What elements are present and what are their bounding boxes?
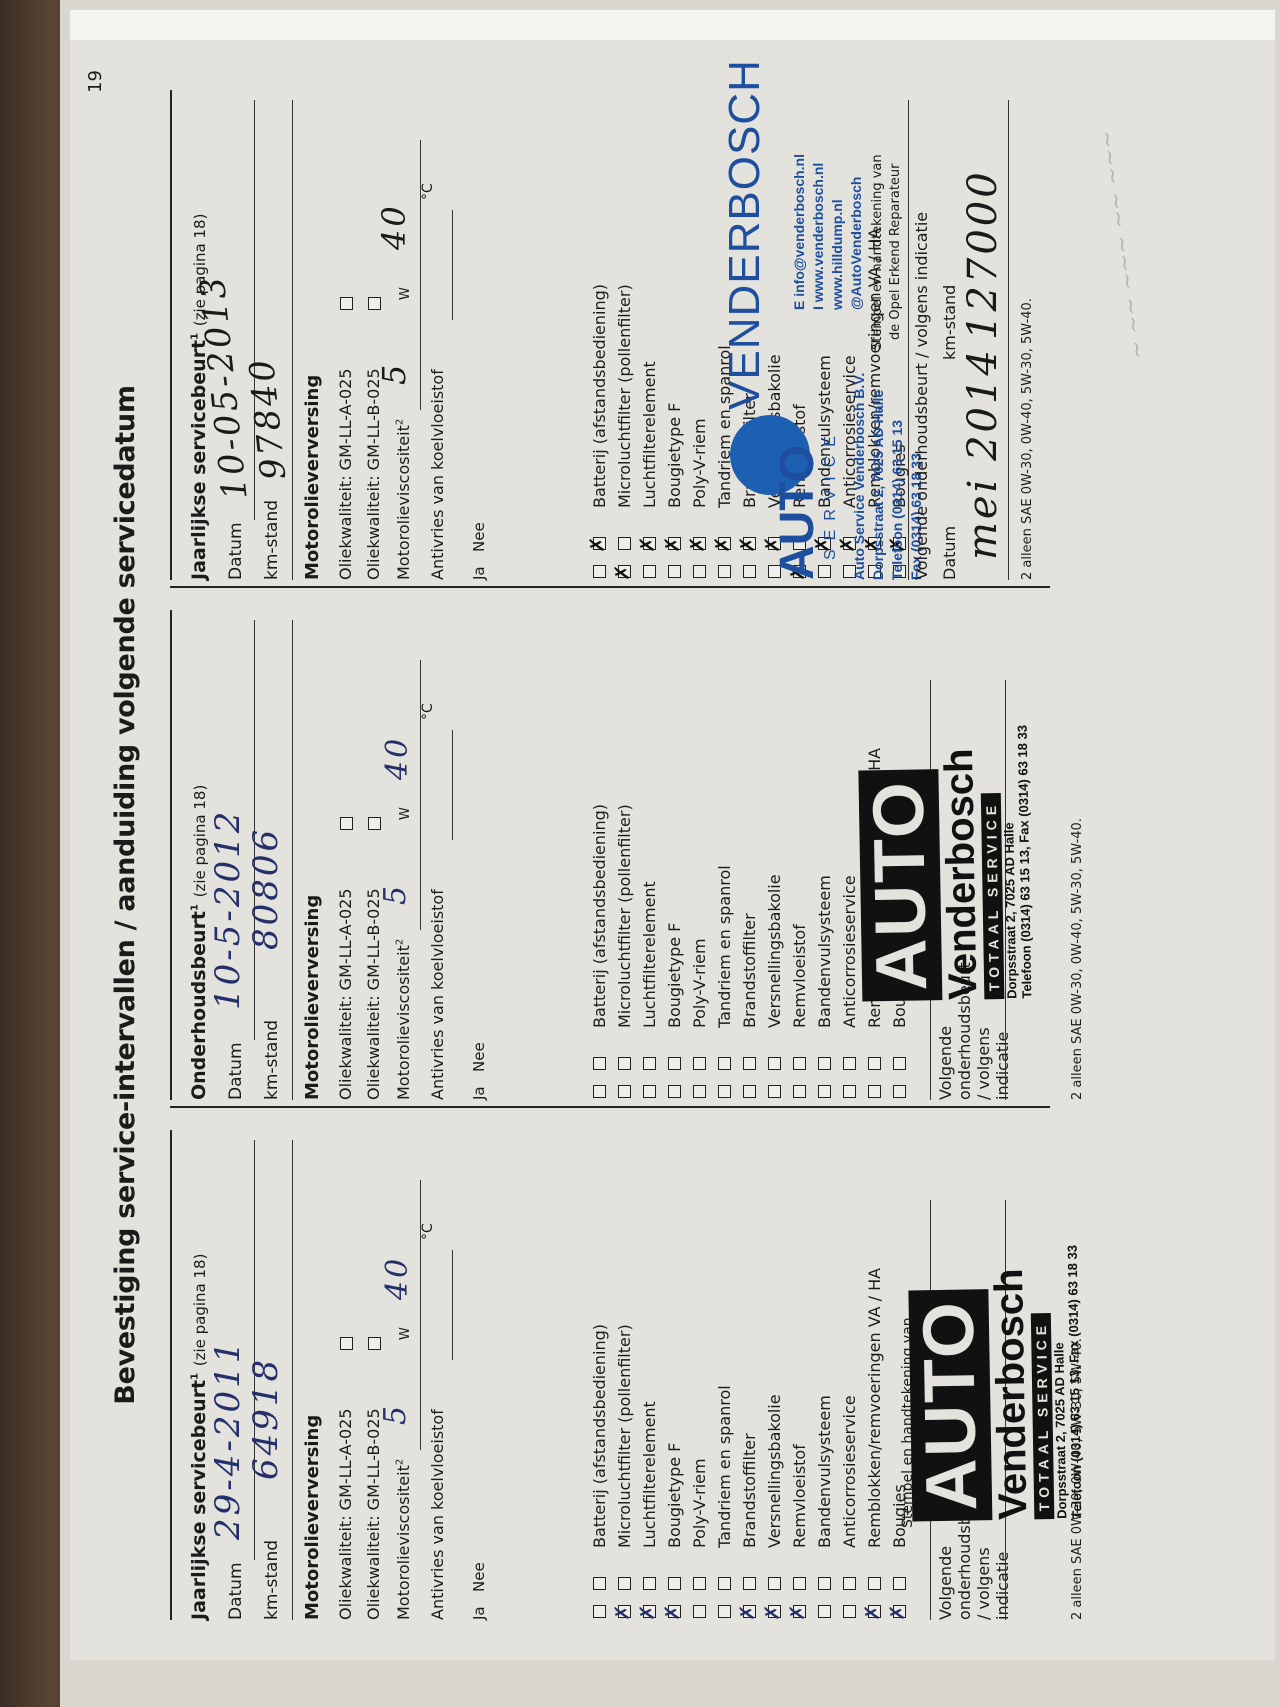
- next-page-edge: [70, 10, 1275, 40]
- viscosity-w: W: [398, 1327, 413, 1340]
- antivries-line: [452, 210, 453, 320]
- ja-checkbox[interactable]: [893, 1085, 906, 1098]
- ja-checkbox[interactable]: [643, 1605, 656, 1618]
- celsius-unit: °C: [420, 1223, 436, 1240]
- viscosity-label: Motorolieviscositeit2: [394, 939, 413, 1100]
- nee-checkbox[interactable]: [768, 1057, 781, 1070]
- viscosity-line: [420, 660, 421, 930]
- nee-header: Nee: [470, 1562, 488, 1592]
- ja-checkbox[interactable]: [643, 1085, 656, 1098]
- nee-checkbox[interactable]: [843, 1057, 856, 1070]
- ja-header: Ja: [470, 1606, 488, 1620]
- ja-checkbox[interactable]: [743, 1085, 756, 1098]
- ja-checkbox[interactable]: [668, 565, 681, 578]
- nee-checkbox[interactable]: [618, 537, 631, 550]
- next-km-value[interactable]: 127000: [960, 169, 1006, 340]
- km-value[interactable]: 64918: [246, 1357, 286, 1480]
- oil-quality-b-checkbox[interactable]: [368, 297, 381, 310]
- divider: [170, 1130, 172, 1620]
- opel-label: de Opel Erkend Reparateur: [888, 163, 903, 340]
- checklist-item-label: Remblokken/remvoeringen VA / HA: [865, 1268, 884, 1548]
- stamp-service: SERVICE: [822, 427, 840, 560]
- nee-checkbox[interactable]: [693, 537, 706, 550]
- viscosity-left-value[interactable]: 5: [378, 1403, 413, 1425]
- checklist-item-label: Microluchtfilter (pollenfilter): [615, 804, 634, 1028]
- oil-quality-a-label: Oliekwaliteit: GM-LL-A-025: [336, 1408, 355, 1620]
- ja-checkbox[interactable]: [593, 1605, 606, 1618]
- column-header: Onderhoudsbeurt1 (zie pagina 18): [188, 785, 210, 1100]
- ja-checkbox[interactable]: [593, 565, 606, 578]
- km-stand-label: km-stand: [262, 1020, 282, 1100]
- checklist-item-label: Tandriem en spanrol: [715, 865, 734, 1028]
- oil-quality-b-checkbox[interactable]: [368, 817, 381, 830]
- page-title: Bevestiging service-intervallen / aandui…: [110, 130, 141, 1660]
- checklist-item-label: Microluchtfilter (pollenfilter): [615, 1324, 634, 1548]
- checklist-item-label: Bandenvulsysteem: [815, 1395, 834, 1548]
- nee-checkbox[interactable]: [643, 537, 656, 550]
- antivries-line: [452, 730, 453, 840]
- venderbosch-stamp: AUTO Venderbosch TOTAAL SERVICE Dorpsstr…: [908, 1245, 1085, 1522]
- checklist-item-label: Batterij (afstandsbediening): [590, 1324, 609, 1548]
- checklist-item-label: Microluchtfilter (pollenfilter): [615, 284, 634, 508]
- ja-checkbox[interactable]: [818, 1085, 831, 1098]
- ja-header: Ja: [470, 1086, 488, 1100]
- oil-quality-b-checkbox[interactable]: [368, 1337, 381, 1350]
- checklist-item-label: Batterij (afstandsbediening): [590, 804, 609, 1028]
- ja-checkbox[interactable]: [618, 1085, 631, 1098]
- checklist-item-label: Anticorrosieservice: [840, 1395, 859, 1548]
- next-km-label: km-stand: [940, 285, 959, 360]
- nee-header: Nee: [470, 1042, 488, 1072]
- volgende-label: Volgende onderhoudsbeurt / volgens indic…: [912, 212, 931, 580]
- nee-checkbox[interactable]: [643, 1577, 656, 1590]
- stamp-name: Venderbosch: [988, 1246, 1035, 1520]
- nee-checkbox[interactable]: [868, 1057, 881, 1070]
- nee-checkbox[interactable]: [768, 1577, 781, 1590]
- oil-quality-a-label: Oliekwaliteit: GM-LL-A-025: [336, 368, 355, 580]
- ja-checkbox[interactable]: [668, 1085, 681, 1098]
- nee-checkbox[interactable]: [718, 537, 731, 550]
- oil-quality-a-checkbox[interactable]: [340, 297, 353, 310]
- checklist-item-label: Versnellingsbakolie: [765, 874, 784, 1028]
- nee-checkbox[interactable]: [618, 1057, 631, 1070]
- checklist-item-label: Versnellingsbakolie: [765, 1394, 784, 1548]
- antivries-label: Antivries van koelvloeistof: [428, 369, 447, 580]
- nee-checkbox[interactable]: [893, 1057, 906, 1070]
- next-datum-label: Datum: [940, 526, 959, 580]
- nee-checkbox[interactable]: [593, 537, 606, 550]
- viscosity-right-value[interactable]: 40: [380, 1256, 415, 1300]
- checklist-item-label: Batterij (afstandsbediening): [590, 284, 609, 508]
- service-booklet-page: Bevestiging service-intervallen / aandui…: [70, 10, 1275, 1660]
- ja-checkbox[interactable]: [768, 1085, 781, 1098]
- column-header: Jaarlijkse servicebeurt1 (zie pagina 18): [188, 1254, 210, 1620]
- checklist-item-label: Poly-V-riem: [690, 938, 709, 1028]
- footnote: 2 alleen SAE 0W-30, 0W-40, 5W-30, 5W-40.: [1070, 1120, 1085, 1620]
- ja-checkbox[interactable]: [693, 565, 706, 578]
- checklist-item-label: Brandstoffilter: [740, 1433, 759, 1548]
- oil-quality-b-label: Oliekwaliteit: GM-LL-B-025: [364, 1408, 383, 1620]
- km-line: [292, 1140, 293, 1620]
- nee-checkbox[interactable]: [893, 1577, 906, 1590]
- viscosity-left-value[interactable]: 5: [375, 362, 413, 385]
- volgende-bottom-line: [1008, 100, 1009, 580]
- motorolie-heading: Motorolieverversing: [302, 1415, 323, 1620]
- datum-value[interactable]: 10-5-2012: [208, 809, 248, 1010]
- checklist-item-label: Bougietype F: [665, 923, 684, 1028]
- ja-checkbox[interactable]: [843, 1085, 856, 1098]
- viscosity-right-value[interactable]: 40: [375, 203, 413, 250]
- nee-checkbox[interactable]: [668, 537, 681, 550]
- service-column-2: Onderhoudsbeurt1 (zie pagina 18) Datum 1…: [170, 595, 1170, 1100]
- ja-checkbox[interactable]: [893, 1605, 906, 1618]
- nee-checkbox[interactable]: [643, 1057, 656, 1070]
- nee-checkbox[interactable]: [743, 1577, 756, 1590]
- ja-checkbox[interactable]: [643, 565, 656, 578]
- checklist-item-label: Poly-V-riem: [690, 1458, 709, 1548]
- ja-checkbox[interactable]: [668, 1605, 681, 1618]
- service-column-3: Jaarlijkse servicebeurt1 (zie pagina 18)…: [170, 75, 1170, 580]
- checklist-item-label: Bougietype F: [665, 403, 684, 508]
- datum-value[interactable]: 29-4-2011: [208, 1339, 248, 1540]
- viscosity-line: [420, 140, 421, 410]
- nee-checkbox[interactable]: [593, 1577, 606, 1590]
- ja-checkbox[interactable]: [693, 1605, 706, 1618]
- stempel-label: Stempel en handtekening van: [870, 154, 885, 350]
- nee-checkbox[interactable]: [793, 1577, 806, 1590]
- ja-checkbox[interactable]: [818, 1605, 831, 1618]
- nee-checkbox[interactable]: [743, 537, 756, 550]
- nee-checkbox[interactable]: [843, 1577, 856, 1590]
- venderbosch-stamp: AUTO Venderbosch TOTAAL SERVICE Dorpsstr…: [858, 725, 1035, 1002]
- checklist-item-label: Brandstoffilter: [740, 913, 759, 1028]
- nee-checkbox[interactable]: [668, 1577, 681, 1590]
- next-datum-value[interactable]: mei 2014: [960, 347, 1006, 560]
- ja-checkbox[interactable]: [718, 1605, 731, 1618]
- ja-checkbox[interactable]: [843, 1605, 856, 1618]
- viscosity-label: Motorolieviscositeit2: [394, 1459, 413, 1620]
- viscosity-label: Motorolieviscositeit2: [394, 419, 413, 580]
- nee-checkbox[interactable]: [593, 1057, 606, 1070]
- nee-checkbox[interactable]: [818, 1577, 831, 1590]
- nee-checkbox[interactable]: [868, 1577, 881, 1590]
- ja-checkbox[interactable]: [743, 1605, 756, 1618]
- ja-checkbox[interactable]: [868, 1085, 881, 1098]
- km-stand-label: km-stand: [262, 1540, 282, 1620]
- ja-checkbox[interactable]: [868, 1605, 881, 1618]
- datum-label: Datum: [226, 522, 246, 580]
- checklist-item-label: Luchtfilterelement: [640, 361, 659, 508]
- nee-checkbox[interactable]: [668, 1057, 681, 1070]
- stamp-auto-logo: AUTO: [908, 1289, 992, 1521]
- viscosity-left-value[interactable]: 5: [378, 883, 413, 905]
- checklist-item-label: Tandriem en spanrol: [715, 1385, 734, 1548]
- oil-quality-b-label: Oliekwaliteit: GM-LL-B-025: [364, 888, 383, 1100]
- motorolie-heading: Motorolieverversing: [302, 375, 323, 580]
- checklist-item-label: Luchtfilterelement: [640, 881, 659, 1028]
- antivries-line: [452, 1250, 453, 1360]
- checklist-item-label: Luchtfilterelement: [640, 1401, 659, 1548]
- celsius-unit: °C: [420, 703, 436, 720]
- oil-quality-a-label: Oliekwaliteit: GM-LL-A-025: [336, 888, 355, 1100]
- km-line: [292, 620, 293, 1100]
- service-column-1: Jaarlijkse servicebeurt1 (zie pagina 18)…: [170, 1115, 1170, 1620]
- oil-quality-a-checkbox[interactable]: [340, 817, 353, 830]
- ja-checkbox[interactable]: [768, 1605, 781, 1618]
- checklist-item-label: Remvloeistof: [790, 924, 809, 1028]
- ja-checkbox[interactable]: [793, 1085, 806, 1098]
- nee-checkbox[interactable]: [618, 1577, 631, 1590]
- volgende-label: Volgende onderhoudsbeurt / volgens indic…: [936, 1540, 1012, 1620]
- nee-checkbox[interactable]: [693, 1577, 706, 1590]
- datum-label: Datum: [226, 1042, 246, 1100]
- datum-line: [254, 1140, 255, 1560]
- footnote: 2 alleen SAE 0W-30, 0W-40, 5W-30, 5W-40.: [1070, 600, 1085, 1100]
- stamp-contact-right: E info@venderbosch.nl I www.venderbosch.…: [790, 154, 866, 310]
- ja-checkbox[interactable]: [593, 1085, 606, 1098]
- nee-checkbox[interactable]: [818, 1057, 831, 1070]
- nee-checkbox[interactable]: [793, 1057, 806, 1070]
- celsius-unit: °C: [420, 183, 436, 200]
- page-number: 19: [85, 70, 106, 93]
- divider: [170, 610, 172, 1100]
- ja-checkbox[interactable]: [618, 1605, 631, 1618]
- antivries-label: Antivries van koelvloeistof: [428, 889, 447, 1100]
- ja-checkbox[interactable]: [793, 1605, 806, 1618]
- column-separator: [170, 1106, 1050, 1108]
- ja-checkbox[interactable]: [743, 565, 756, 578]
- viscosity-right-value[interactable]: 40: [380, 736, 415, 780]
- nee-checkbox[interactable]: [743, 1057, 756, 1070]
- nee-header: Nee: [470, 522, 488, 552]
- stamp-auto-logo: AUTO: [858, 769, 942, 1001]
- column-separator: [170, 586, 1050, 588]
- stamp-name: Venderbosch: [938, 726, 985, 1000]
- checklist-item-label: Bandenvulsysteem: [815, 875, 834, 1028]
- stamp-brand: VENDERBOSCH: [720, 59, 770, 410]
- checklist-item-label: Remvloeistof: [790, 1444, 809, 1548]
- volgende-line: [908, 100, 909, 580]
- viscosity-line: [420, 1180, 421, 1450]
- km-stand-label: km-stand: [262, 500, 282, 580]
- checklist-item-label: Bougietype F: [665, 1443, 684, 1548]
- viscosity-w: W: [398, 287, 413, 300]
- footnote: 2 alleen SAE 0W-30, 0W-40, 5W-30, 5W-40.: [1020, 80, 1035, 580]
- viscosity-w: W: [398, 807, 413, 820]
- oil-quality-a-checkbox[interactable]: [340, 1337, 353, 1350]
- km-value[interactable]: 80806: [246, 827, 286, 950]
- datum-label: Datum: [226, 1562, 246, 1620]
- km-line: [292, 100, 293, 580]
- ja-checkbox[interactable]: [693, 1085, 706, 1098]
- ja-checkbox[interactable]: [718, 1085, 731, 1098]
- nee-checkbox[interactable]: [693, 1057, 706, 1070]
- ja-checkbox[interactable]: [618, 565, 631, 578]
- ja-header: Ja: [470, 566, 488, 580]
- checklist-item-label: Anticorrosieservice: [840, 875, 859, 1028]
- checklist-item-label: Poly-V-riem: [690, 418, 709, 508]
- oil-quality-b-label: Oliekwaliteit: GM-LL-B-025: [364, 368, 383, 580]
- ja-checkbox[interactable]: [718, 565, 731, 578]
- nee-checkbox[interactable]: [718, 1057, 731, 1070]
- stamp-auto: AUTO: [770, 445, 825, 580]
- volgende-label: Volgende onderhoudsbeurt / volgens indic…: [936, 1020, 1012, 1100]
- nee-checkbox[interactable]: [718, 1577, 731, 1590]
- motorolie-heading: Motorolieverversing: [302, 895, 323, 1100]
- antivries-label: Antivries van koelvloeistof: [428, 1409, 447, 1620]
- divider: [170, 90, 172, 580]
